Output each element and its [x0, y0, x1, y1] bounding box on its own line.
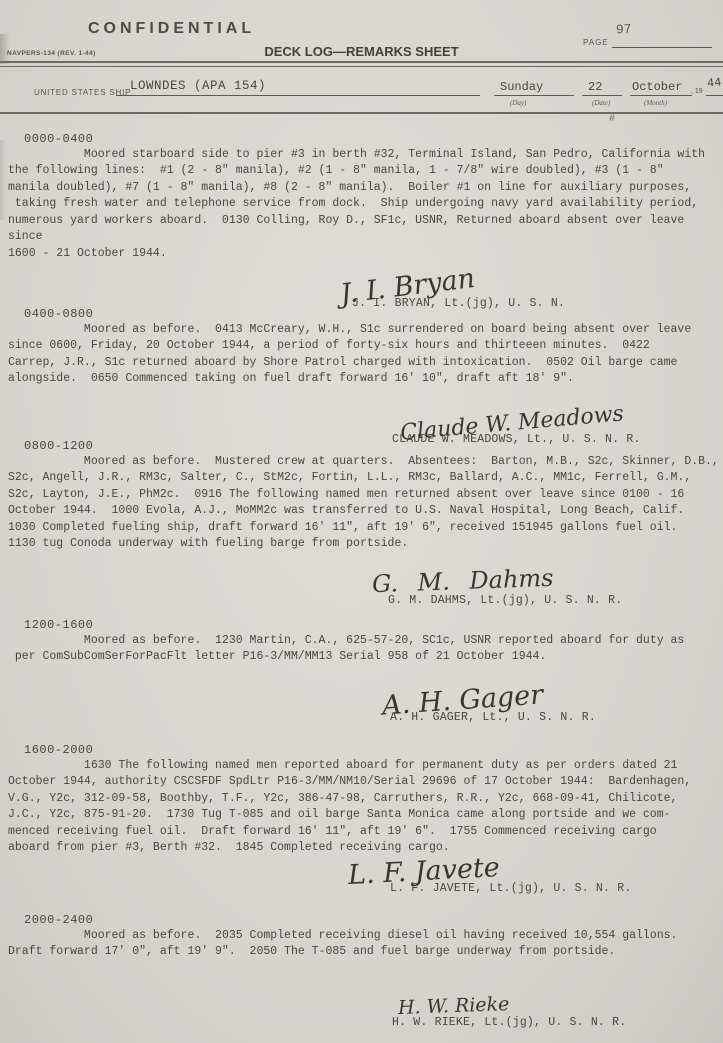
header-divider — [0, 61, 723, 67]
year-line — [706, 95, 723, 96]
time-range-heading: 1200-1600 — [24, 617, 723, 633]
signature-block: G. M. Dahms G. M. DAHMS, Lt.(jg), U. S. … — [0, 561, 723, 607]
ship-name-line — [116, 95, 480, 96]
log-entry-text: Moored as before. 0413 McCreary, W.H., S… — [8, 322, 723, 388]
signature-block: H. W. Rieke H. W. RIEKE, Lt.(jg), U. S. … — [0, 983, 723, 1029]
log-entry-text: Moored starboard side to pier #3 in bert… — [8, 147, 723, 262]
month-sublabel: (Month) — [644, 99, 667, 107]
date-number: 22 — [588, 80, 602, 94]
date-sublabel: (Date) — [592, 99, 610, 107]
log-entry-2000-2400: 2000-2400 Moored as before. 2035 Complet… — [0, 912, 723, 1029]
date-month: October — [632, 80, 682, 94]
time-range-heading: 1600-2000 — [24, 742, 723, 758]
log-entry-0400-0800: 0400-0800 Moored as before. 0413 McCrear… — [0, 306, 723, 446]
time-range-heading: 2000-2400 — [24, 912, 723, 928]
typed-signature-name: A. H. GAGER, Lt., U. S. N. R. — [390, 711, 596, 724]
day-line — [494, 95, 574, 96]
time-range-heading: 0400-0800 — [24, 306, 723, 322]
deck-log-remarks-sheet: # CONFIDENTIAL PAGE 97 NAVPERS-134 (REV.… — [0, 0, 723, 1043]
page-number: 97 — [615, 21, 632, 37]
ship-row-divider — [0, 112, 723, 114]
log-entry-text: Moored as before. 1230 Martin, C.A., 625… — [8, 633, 723, 666]
log-entry-1200-1600: 1200-1600 Moored as before. 1230 Martin,… — [0, 617, 723, 724]
signature-block: L. F. Javete L. F. JAVETE, Lt.(jg), U. S… — [0, 849, 723, 895]
classification-stamp: CONFIDENTIAL — [88, 20, 255, 38]
date-line — [582, 95, 622, 96]
handwritten-signature: G. M. Dahms — [372, 564, 554, 598]
year-prefix: , 19 — [691, 88, 703, 95]
stray-ink-mark: # — [609, 114, 615, 125]
signature-block: A. H. Gager A. H. GAGER, Lt., U. S. N. R… — [0, 678, 723, 724]
log-entry-1600-2000: 1600-2000 1630 The following named men r… — [0, 742, 723, 895]
time-range-heading: 0000-0400 — [24, 131, 723, 147]
ship-name: LOWNDES (APA 154) — [130, 79, 266, 93]
log-entry-text: 1630 The following named men reported ab… — [8, 758, 723, 857]
time-range-heading: 0800-1200 — [24, 438, 723, 454]
typed-signature-name: H. W. RIEKE, Lt.(jg), U. S. N. R. — [392, 1016, 626, 1029]
sheet-title: DECK LOG—REMARKS SHEET — [0, 44, 723, 59]
log-entry-text: Moored as before. Mustered crew at quart… — [8, 454, 723, 553]
log-entry-0800-1200: 0800-1200 Moored as before. Mustered cre… — [0, 438, 723, 607]
log-entry-text: Moored as before. 2035 Completed receivi… — [8, 928, 723, 961]
typed-signature-name: G. M. DAHMS, Lt.(jg), U. S. N. R. — [388, 594, 622, 607]
typed-signature-name: L. F. JAVETE, Lt.(jg), U. S. N. R. — [390, 882, 631, 895]
log-entry-0000-0400: 0000-0400 Moored starboard side to pier … — [0, 131, 723, 310]
month-line — [630, 95, 692, 96]
day-sublabel: (Day) — [510, 99, 526, 107]
date-day: Sunday — [500, 80, 543, 94]
date-year: 44 — [706, 75, 722, 90]
signature-block: J. I. Bryan J. I. BRYAN, Lt.(jg), U. S. … — [0, 264, 723, 310]
